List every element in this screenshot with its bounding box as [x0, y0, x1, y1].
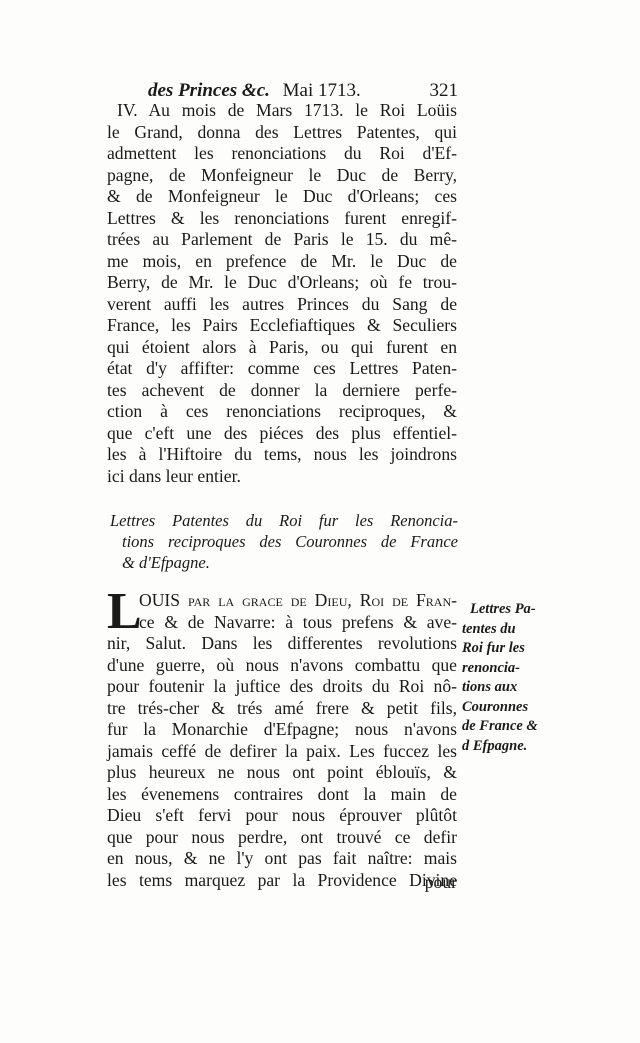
text-line: fur la Monarchie d'Efpagne; nous n'avons — [107, 719, 457, 741]
text-line: ction à ces renonciations reciproques, & — [107, 401, 457, 423]
margin-note-line: Roi fur les — [462, 639, 572, 659]
text-line: me mois, en prefence de Mr. le Duc de — [107, 251, 457, 273]
text-line: jamais ceffé de defirer la paix. Les fuc… — [107, 741, 457, 763]
paragraph-iv: IV. Au mois de Mars 1713. le Roi Loüis l… — [107, 100, 457, 487]
margin-note-line: tions aux — [462, 678, 572, 698]
text-line: Berry, de Mr. le Duc d'Orleans; où fe tr… — [107, 272, 457, 294]
text-line: que c'eft une des piéces des plus effent… — [107, 423, 457, 445]
text-line: d'une guerre, où nous n'avons combattu q… — [107, 655, 457, 677]
text-line: IV. Au mois de Mars 1713. le Roi Loüis — [107, 100, 457, 122]
page-number: 321 — [430, 80, 459, 102]
running-head-title: des Princes &c. — [148, 80, 270, 101]
text-line: ici dans leur entier. — [107, 466, 457, 488]
title-line: & d'Efpagne. — [110, 552, 458, 573]
margin-note-line: de France & — [462, 717, 572, 737]
text-line: tes achevent de donner la derniere perfe… — [107, 380, 457, 402]
text-line: pagne, de Monfeigneur le Duc de Berry, — [107, 165, 457, 187]
section-title: Lettres Patentes du Roi fur les Renoncia… — [110, 510, 458, 573]
text-line: nir, Salut. Dans les differentes revolut… — [107, 633, 457, 655]
text-line: admettent les renonciations du Roi d'Ef- — [107, 143, 457, 165]
margin-note: Lettres Pa- tentes du Roi fur les renonc… — [462, 600, 572, 756]
text-line: plus heureux ne nous ont point éblouïs, … — [107, 762, 457, 784]
text-line: OUIS par la grace de Dieu, Roi de Fran- — [107, 590, 457, 612]
text-line: que pour nous perdre, ont trouvé ce defi… — [107, 827, 457, 849]
running-head-date: Mai 1713. — [283, 80, 361, 101]
text-line: Dieu s'eft fervi pour nous éprouver plût… — [107, 805, 457, 827]
margin-note-line: Couronnes — [462, 698, 572, 718]
text-line: trées au Parlement de Paris le 15. du mê… — [107, 229, 457, 251]
text-line: France, les Pairs Ecclefiaftiques & Secu… — [107, 315, 457, 337]
text-line: en nous, & ne l'y ont pas fait naître: m… — [107, 848, 457, 870]
title-line: Lettres Patentes du Roi fur les Renoncia… — [110, 510, 458, 531]
running-head: des Princes &c. Mai 1713. 321 — [148, 80, 458, 102]
margin-note-line: d Efpagne. — [462, 737, 572, 757]
margin-note-line: Lettres Pa- — [462, 600, 572, 620]
book-page: des Princes &c. Mai 1713. 321 IV. Au moi… — [0, 0, 640, 1043]
text-line: qui étoient alors à Paris, ou qui furent… — [107, 337, 457, 359]
letter-text: OUIS par la grace de Dieu, Roi de Fran- … — [107, 590, 457, 891]
text-line: ce & de Navarre: à tous prefens & ave- — [107, 612, 457, 634]
margin-note-line: renoncia- — [462, 659, 572, 679]
text-line: & de Monfeigneur le Duc d'Orleans; ces — [107, 186, 457, 208]
text-line: verent auffi les autres Princes du Sang … — [107, 294, 457, 316]
text-line: état d'y affifter: comme ces Lettres Pat… — [107, 358, 457, 380]
margin-note-line: tentes du — [462, 620, 572, 640]
text-line: les évenemens contraires dont la main de — [107, 784, 457, 806]
text-line: les à l'Hiftoire du tems, nous les joind… — [107, 444, 457, 466]
title-line: tions reciproques des Couronnes de Franc… — [110, 531, 458, 552]
text-line: le Grand, donna des Lettres Patentes, qu… — [107, 122, 457, 144]
catchword: pour — [107, 872, 457, 893]
text-line: tre trés-cher & trés amé frere & petit f… — [107, 698, 457, 720]
text-line: Lettres & les renonciations furent enreg… — [107, 208, 457, 230]
text-line: pour foutenir la juftice des droits du R… — [107, 676, 457, 698]
